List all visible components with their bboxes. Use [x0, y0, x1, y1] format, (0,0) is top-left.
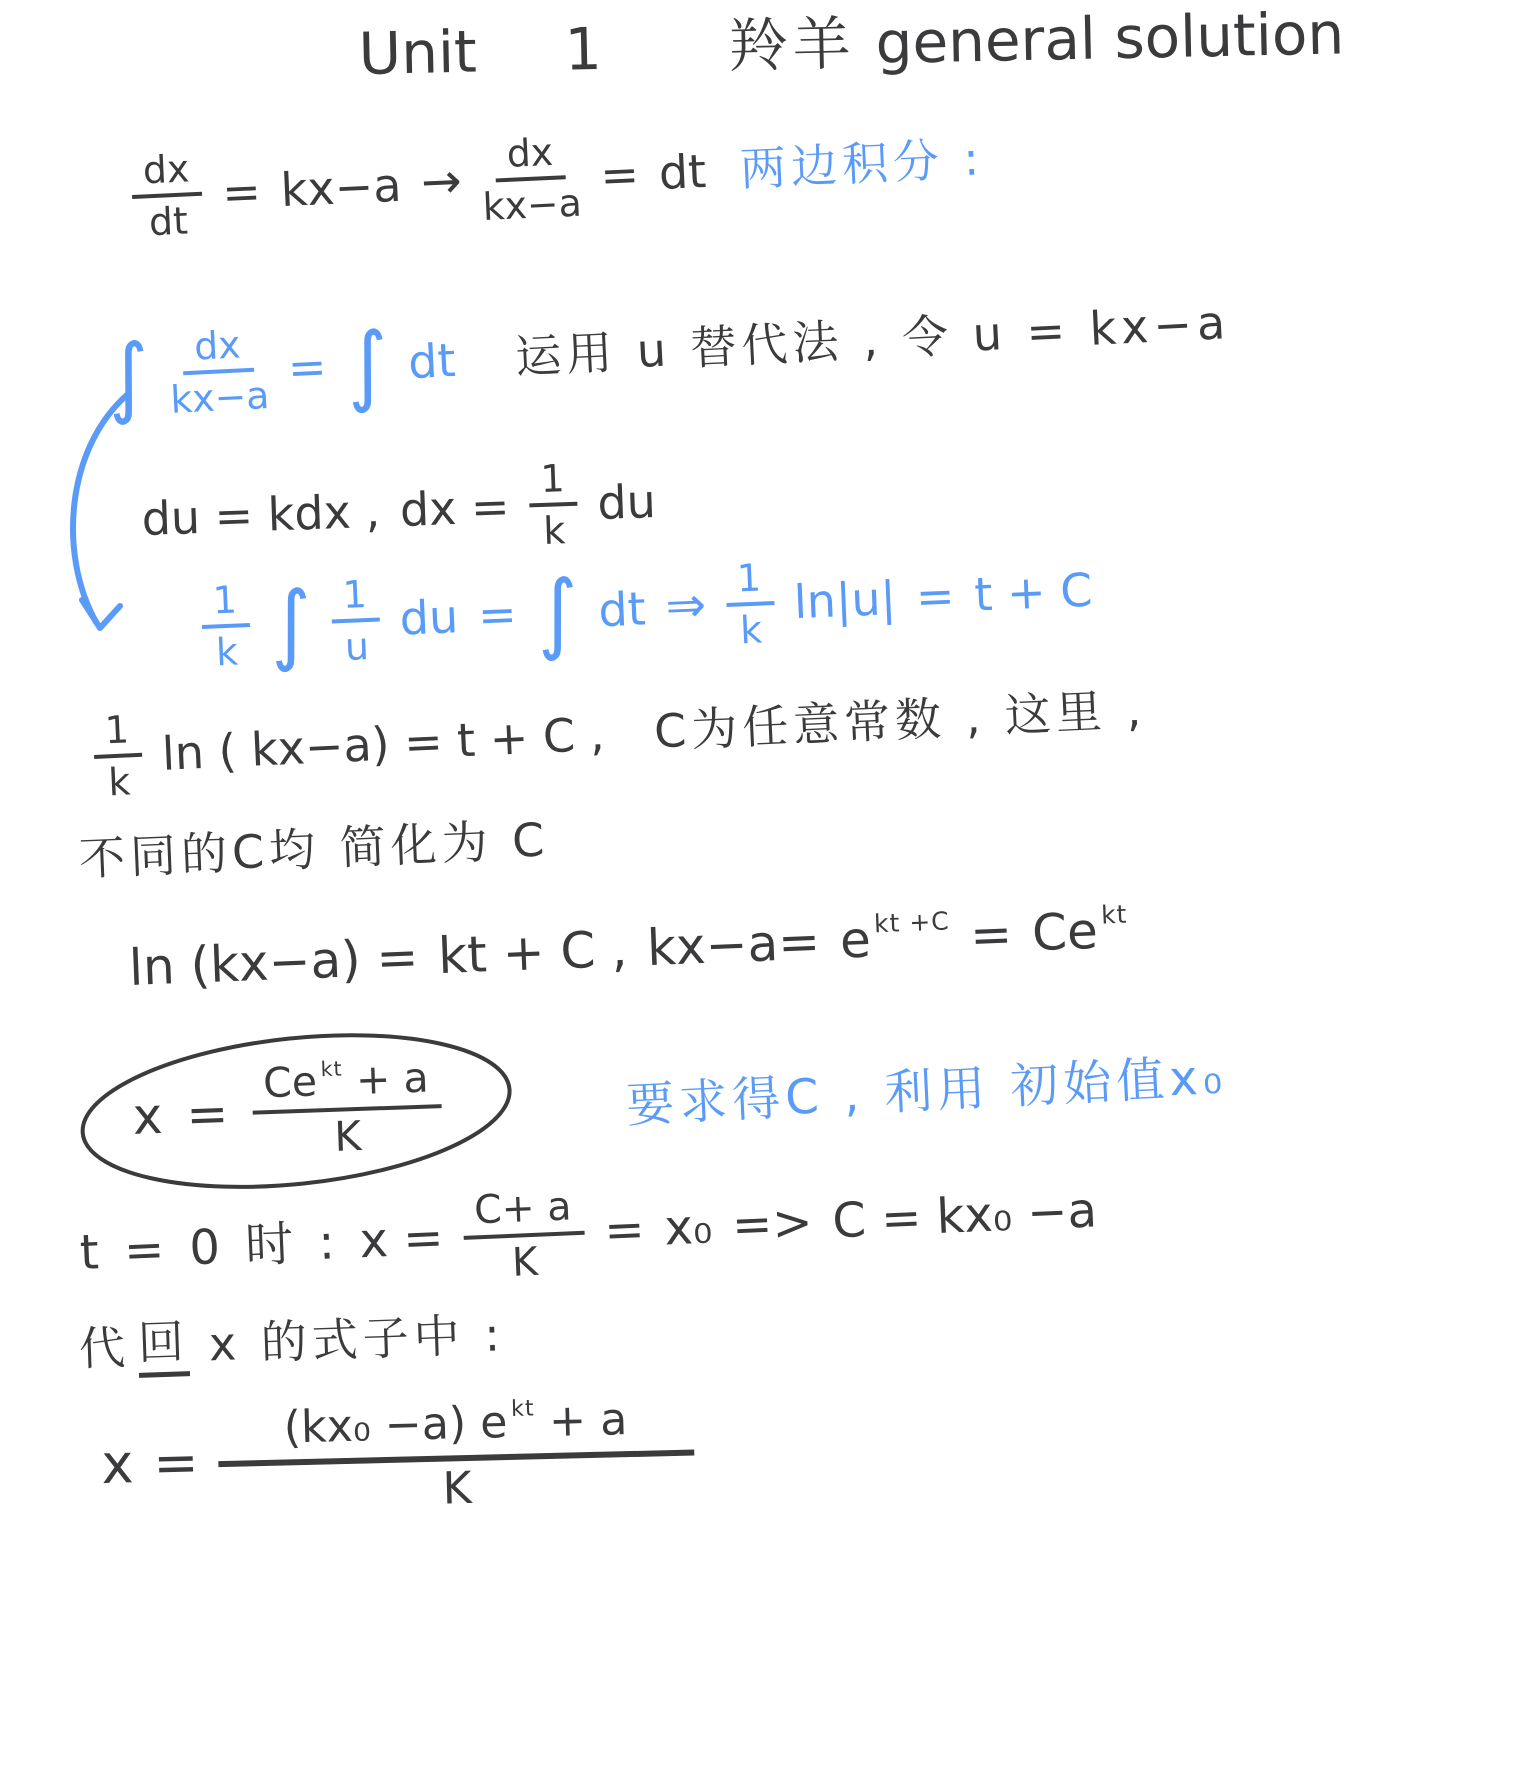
fraction-dx-dt: dx dt: [130, 147, 204, 245]
equals-sign: =: [221, 164, 262, 221]
equals-sign: =: [599, 147, 640, 204]
equation-line-4: 1 k ∫ 1 u du = ∫ dt ⇒ 1 k ln|u| = t + C: [200, 543, 1094, 675]
equals-sign: =: [287, 339, 328, 396]
substitute-back-rest: x 的式子中 :: [208, 1307, 506, 1372]
fraction-numerator: dx: [181, 323, 254, 376]
t-plus-c: t + C: [973, 562, 1093, 622]
notebook-page: Unit 1 羚羊 general solution dx dt = kx−a …: [0, 0, 1536, 1772]
fraction-denominator: K: [333, 1111, 362, 1161]
fraction-numerator: 1: [528, 457, 578, 508]
exponent-kt-plus-c: kt +C: [874, 907, 951, 939]
fraction-denominator: K: [442, 1461, 472, 1514]
equation-line-5: 1 k ln ( kx−a) = t + C , C为任意常数 , 这里 ,: [92, 662, 1148, 804]
fraction-denominator: dt: [148, 197, 189, 244]
equals-sign: =: [185, 1083, 229, 1144]
equals-sign: =: [477, 586, 518, 643]
title-topic-english: general solution: [875, 0, 1345, 79]
fraction-numerator: dx: [494, 130, 566, 182]
u-substitution-note: 运用 u 替代法 , 令 u = kx−a: [514, 295, 1231, 385]
integrate-both-sides-note: 两边积分 :: [739, 131, 985, 197]
ln-kx-minus-a-equals: ln (kx−a) =: [128, 927, 419, 998]
fraction-denominator: u: [344, 622, 370, 668]
implies-arrow: =>: [731, 1195, 814, 1256]
ce-base: Ce: [262, 1057, 318, 1107]
fraction-dx-over-kx-minus-a: dx kx−a: [480, 130, 583, 229]
fraction-denominator: k: [107, 758, 131, 804]
ce-base: Ce: [1031, 902, 1099, 962]
fraction-1-over-k: 1 k: [724, 556, 776, 652]
fraction-1-over-k: 1 k: [92, 708, 144, 805]
ln-abs-u: ln|u|: [793, 571, 897, 630]
fraction-numerator: Cekt + a: [250, 1055, 441, 1114]
kx0-minus-a-e: (kx₀ −a) e: [283, 1397, 508, 1453]
exponent-kt: kt: [511, 1395, 535, 1422]
fraction-1-over-k: 1 k: [200, 578, 252, 674]
fraction-denominator: k: [215, 628, 239, 674]
dx-equals: dx =: [399, 479, 510, 538]
fraction-numerator: 1: [200, 578, 250, 629]
x-equals: x =: [358, 1210, 444, 1271]
fraction-numerator: 1: [330, 573, 380, 624]
ln-kx-minus-a-equals-t-plus-c: ln ( kx−a) = t + C ,: [161, 706, 606, 781]
title-unit-word: Unit: [358, 18, 478, 90]
du-equals-kdx: du = kdx ,: [141, 483, 381, 546]
equals-sign: =: [915, 568, 956, 625]
fraction-numerator: C+ a: [461, 1184, 584, 1240]
integrand-dt: dt: [407, 333, 457, 390]
find-c-note-text: 要求得C , 利用 初始值x₀: [625, 1049, 1228, 1136]
fraction-ce-kt-plus-a-over-k: Cekt + a K: [250, 1055, 443, 1163]
equation-line-3: du = kdx , dx = 1 k du: [140, 454, 657, 566]
kx-minus-a-equals: kx−a=: [646, 911, 821, 978]
equals-sign: =: [603, 1202, 646, 1261]
equals-sign: =: [969, 904, 1013, 966]
fraction-c-plus-a-over-k: C+ a K: [461, 1184, 586, 1287]
rhs-dt: dt: [658, 144, 708, 201]
kt-plus-c: kt + C ,: [437, 919, 628, 986]
equation-line-2: ∫ dx kx−a = ∫ dt 运用 u 替代法 , 令 u = kx−a: [105, 275, 1232, 424]
du-term: du: [596, 474, 656, 531]
fraction-numerator: dx: [130, 147, 202, 199]
exponent-kt: kt: [1101, 900, 1128, 930]
simplify-constant-note: 不同的C均 简化为 C: [78, 812, 550, 887]
fraction-1-over-u: 1 u: [330, 573, 382, 669]
x-zero-term: x₀: [663, 1199, 713, 1259]
plus-a: + a: [548, 1394, 628, 1447]
equals-sign: =: [153, 1430, 200, 1496]
fraction-denominator: kx−a: [482, 179, 583, 229]
x-variable: x: [101, 1432, 135, 1498]
substitute-back-zh1: 代: [78, 1320, 131, 1377]
fraction-numerator: 1: [724, 556, 774, 607]
c-result: C = kx₀ −a: [831, 1183, 1098, 1252]
integral-sign-icon: ∫: [345, 329, 390, 401]
fraction-denominator: K: [511, 1237, 539, 1285]
e-base: e: [839, 911, 872, 970]
find-c-note: 要求得C , 利用 初始值x₀: [625, 1049, 1228, 1136]
plus-a: + a: [355, 1054, 429, 1105]
fraction-denominator: k: [739, 606, 763, 652]
substitute-back-note: 代 回 x 的式子中 :: [78, 1303, 506, 1380]
final-solution-line: x = (kx₀ −a) ekt + a K: [100, 1394, 695, 1523]
fraction-numerator: (kx₀ −a) ekt + a: [217, 1394, 694, 1467]
title-topic-chinese: 羚羊: [729, 10, 856, 82]
arbitrary-constant-note: C为任意常数 , 这里 ,: [653, 682, 1147, 759]
exponent-kt: kt: [320, 1056, 343, 1081]
x-variable: x: [132, 1086, 164, 1147]
integral-sign-icon: ∫: [535, 577, 580, 648]
circled-general-solution: x = Cekt + a K: [70, 1022, 522, 1199]
integrand-dt: dt: [597, 581, 647, 638]
rhs-kx-minus-a: kx−a: [280, 157, 403, 218]
fraction-1-over-k: 1 k: [528, 457, 579, 553]
general-solution-line: x = Cekt + a K: [70, 1022, 522, 1199]
fraction-final-solution: (kx₀ −a) ekt + a K: [217, 1394, 695, 1520]
implies-arrow-icon: ⇒: [664, 577, 707, 637]
arrow-right-icon: →: [420, 153, 463, 213]
t-equals-zero-label: t = 0 时 :: [79, 1214, 341, 1282]
simplify-constant-text: 不同的C均 简化为 C: [78, 812, 550, 887]
page-title: Unit 1 羚羊 general solution: [358, 0, 1345, 90]
equation-line-7: ln (kx−a) = kt + C , kx−a= ekt +C = Cekt: [128, 900, 1129, 998]
exp-term: ekt +C: [839, 906, 952, 970]
fraction-numerator: 1: [92, 708, 142, 759]
title-unit-number: 1: [564, 15, 602, 85]
fraction-denominator: k: [543, 506, 566, 552]
equation-line-1: dx dt = kx−a → dx kx−a = dt 两边积分 :: [130, 111, 986, 244]
substitute-back-zh2: 回: [137, 1314, 190, 1378]
integral-sign-icon: ∫: [268, 588, 313, 659]
ce-exp-term: Cekt: [1031, 900, 1129, 964]
du-term: du: [399, 589, 460, 647]
